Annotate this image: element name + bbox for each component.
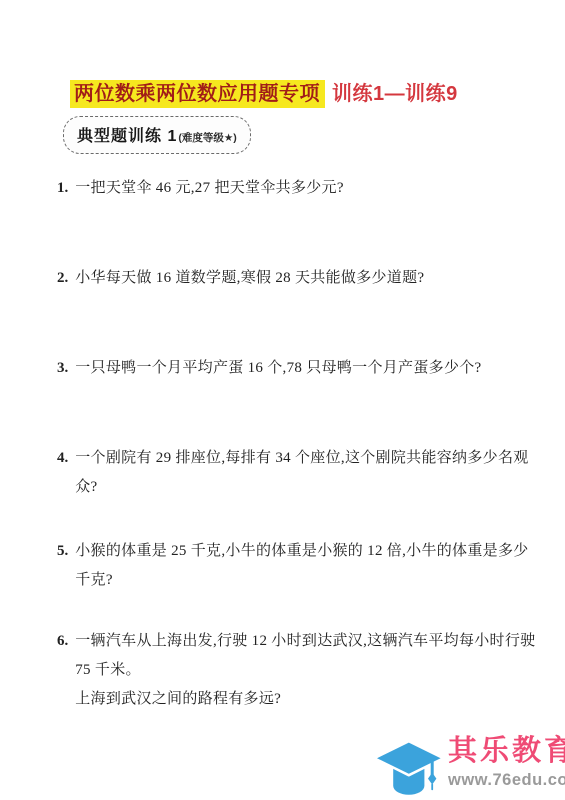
title-highlighted-text: 两位数乘两位数应用题专项 xyxy=(70,80,325,108)
question-item: 4. 一个剧院有 29 排座位,每排有 34 个座位,这个剧院共能容纳多少名观众… xyxy=(57,444,543,502)
question-item: 5. 小猴的体重是 25 千克,小牛的体重是小猴的 12 倍,小牛的体重是多少千… xyxy=(57,537,543,595)
question-item: 2. 小华每天做 16 道数学题,寒假 28 天共能做多少道题? xyxy=(57,264,543,293)
question-text: 一只母鸭一个月平均产蛋 16 个,78 只母鸭一个月产蛋多少个? xyxy=(75,354,481,383)
question-number: 3. xyxy=(57,354,68,383)
brand-footer: 其乐教育 www.76edu.com xyxy=(374,733,565,800)
brand-url: www.76edu.com xyxy=(448,769,565,791)
question-text: 一个剧院有 29 排座位,每排有 34 个座位,这个剧院共能容纳多少名观众? xyxy=(75,444,543,502)
question-item: 1. 一把天堂伞 46 元,27 把天堂伞共多少元? xyxy=(57,174,543,203)
question-text: 一把天堂伞 46 元,27 把天堂伞共多少元? xyxy=(75,174,344,203)
worksheet-page: 两位数乘两位数应用题专项训练1—训练9 典型题训练 1 (难度等级★) 1. 一… xyxy=(0,0,565,800)
brand-text-block: 其乐教育 www.76edu.com xyxy=(448,733,565,791)
question-number: 6. xyxy=(57,627,68,656)
graduation-cap-icon xyxy=(374,737,446,800)
question-text: 小华每天做 16 道数学题,寒假 28 天共能做多少道题? xyxy=(75,264,424,293)
title-training-range: 训练1—训练9 xyxy=(332,83,458,105)
badge-label: 典型题训练 1 xyxy=(77,123,177,146)
question-number: 1. xyxy=(57,174,68,203)
question-item: 3. 一只母鸭一个月平均产蛋 16 个,78 只母鸭一个月产蛋多少个? xyxy=(57,354,543,383)
question-number: 5. xyxy=(57,537,68,566)
question-item: 6. 一辆汽车从上海出发,行驶 12 小时到达武汉,这辆汽车平均每小时行驶 75… xyxy=(57,627,543,714)
question-text: 一辆汽车从上海出发,行驶 12 小时到达武汉,这辆汽车平均每小时行驶 75 千米… xyxy=(75,627,543,714)
badge-difficulty: (难度等级★) xyxy=(178,130,236,145)
question-number: 4. xyxy=(57,444,68,473)
section-badge: 典型题训练 1 (难度等级★) xyxy=(63,116,251,154)
brand-name: 其乐教育 xyxy=(448,733,565,769)
question-text: 小猴的体重是 25 千克,小牛的体重是小猴的 12 倍,小牛的体重是多少千克? xyxy=(75,537,543,595)
question-number: 2. xyxy=(57,264,68,293)
page-title: 两位数乘两位数应用题专项训练1—训练9 xyxy=(70,79,458,109)
